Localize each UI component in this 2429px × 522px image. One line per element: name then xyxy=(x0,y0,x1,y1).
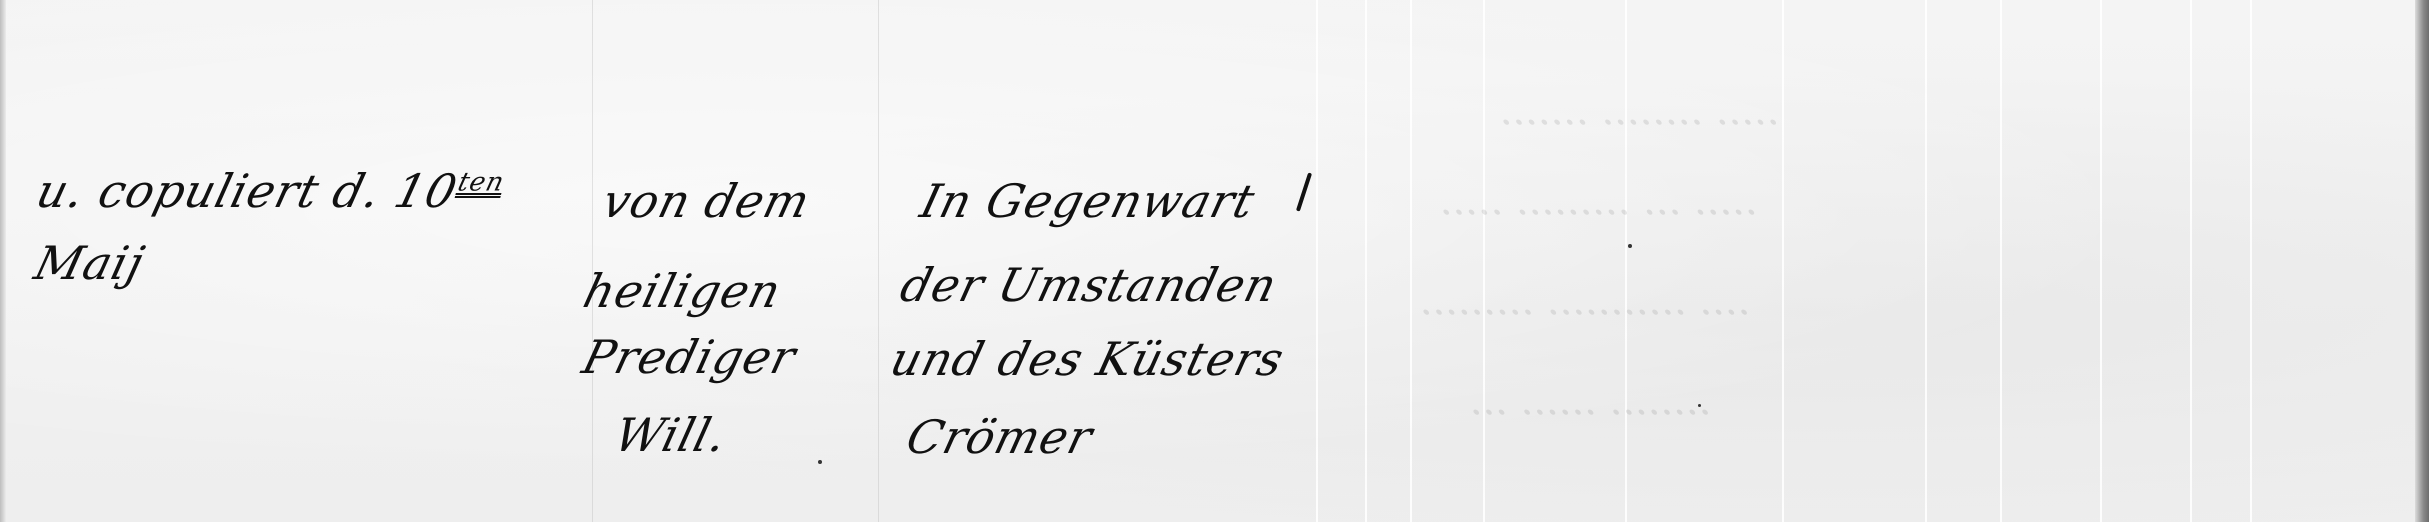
ink-speck xyxy=(1628,244,1632,248)
handwritten-text: u. copuliert d. 10 xyxy=(31,164,463,218)
ink-speck xyxy=(818,460,822,464)
scan-line xyxy=(2190,0,2192,522)
handwritten-line: Maij xyxy=(30,240,149,286)
scan-line xyxy=(1925,0,1927,522)
handwritten-line: der Umstanden xyxy=(896,262,1282,308)
scan-line xyxy=(1625,0,1627,522)
handwritten-line: In Gegenwart xyxy=(916,178,1259,224)
handwritten-line: u. copuliert d. 10ten xyxy=(32,168,507,214)
scan-line xyxy=(1782,0,1784,522)
bleed-through-line: ···· ··········· ········· xyxy=(1415,290,1755,336)
scan-line xyxy=(2250,0,2252,522)
handwritten-line: heiligen xyxy=(579,268,786,314)
ink-speck xyxy=(1698,404,1701,407)
scan-line xyxy=(1483,0,1485,522)
scanned-page: ····· ········ ······· ····· ··· ·······… xyxy=(0,0,2429,522)
handwritten-line: Will. xyxy=(610,412,732,458)
column-rule xyxy=(878,0,879,522)
scan-line xyxy=(1316,0,1318,522)
scan-line xyxy=(2100,0,2102,522)
page-left-edge xyxy=(0,0,6,522)
ink-stroke xyxy=(1296,172,1312,211)
column-rule xyxy=(592,0,593,522)
ordinal-superscript: ten xyxy=(455,168,508,198)
bleed-through-line: ········ ······ ··· xyxy=(1465,390,1716,436)
handwritten-line: Prediger xyxy=(578,334,800,380)
handwritten-line: und des Küsters xyxy=(886,336,1289,382)
page-right-edge-shadow xyxy=(2415,0,2429,522)
bleed-through-line: ····· ········ ······· xyxy=(1495,100,1785,146)
scan-line xyxy=(1365,0,1367,522)
scan-line xyxy=(2000,0,2002,522)
scan-line xyxy=(1410,0,1412,522)
handwritten-line: von dem xyxy=(598,178,815,224)
handwritten-line: Crömer xyxy=(902,414,1097,460)
